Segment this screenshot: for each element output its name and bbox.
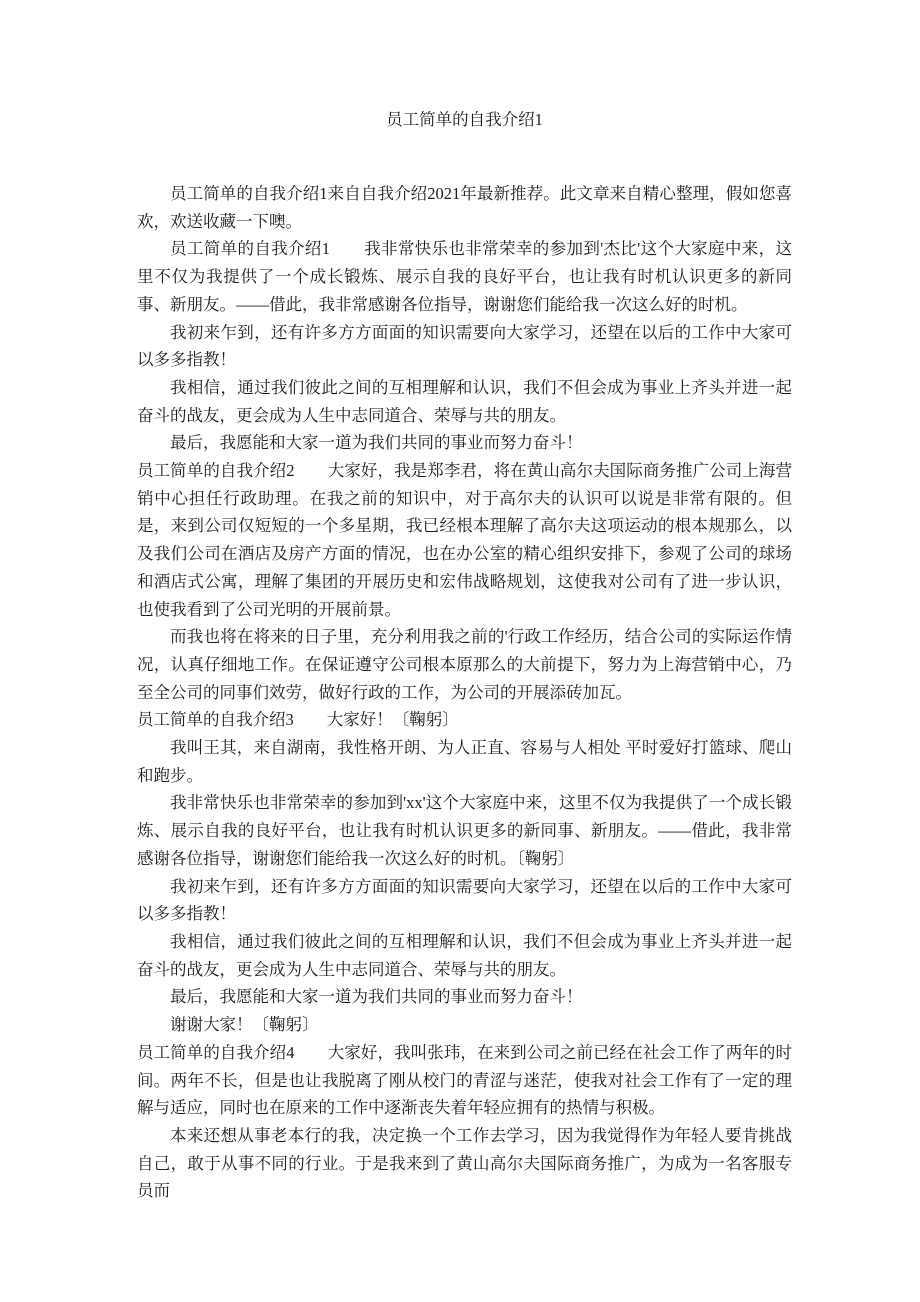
paragraph: 我初来乍到，还有许多方方面面的知识需要向大家学习，还望在以后的工作中大家可以多多… bbox=[137, 319, 792, 374]
paragraph-section2: 员工简单的自我介绍2 大家好，我是郑李君，将在黄山高尔夫国际商务推广公司上海营销… bbox=[137, 457, 792, 623]
paragraph: 我相信，通过我们彼此之间的互相理解和认识，我们不但会成为事业上齐头并进一起奋斗的… bbox=[137, 928, 792, 983]
paragraph-section4: 员工简单的自我介绍4 大家好，我叫张玮，在来到公司之前已经在社会工作了两年的时间… bbox=[137, 1039, 792, 1122]
paragraph: 最后，我愿能和大家一道为我们共同的事业而努力奋斗！ bbox=[137, 983, 792, 1011]
paragraph: 谢谢大家！〔鞠躬〕 bbox=[137, 1011, 792, 1039]
page-title: 员工简单的自我介绍1 bbox=[137, 106, 792, 134]
paragraph-intro: 员工简单的自我介绍1来自自我介绍2021年最新推荐。此文章来自精心整理，假如您喜… bbox=[137, 180, 792, 235]
paragraph-section1: 员工简单的自我介绍1 我非常快乐也非常荣幸的参加到'杰比'这个大家庭中来，这里不… bbox=[137, 235, 792, 318]
paragraph: 我非常快乐也非常荣幸的参加到'xx'这个大家庭中来，这里不仅为我提供了一个成长锻… bbox=[137, 789, 792, 872]
paragraph: 我叫王其，来自湖南，我性格开朗、为人正直、容易与人相处 平时爱好打篮球、爬山和跑… bbox=[137, 734, 792, 789]
paragraph: 而我也将在将来的日子里，充分利用我之前的'行政工作经历，结合公司的实际运作情况，… bbox=[137, 623, 792, 706]
paragraph: 我相信，通过我们彼此之间的互相理解和认识，我们不但会成为事业上齐头并进一起奋斗的… bbox=[137, 374, 792, 429]
document-content: 员工简单的自我介绍1 员工简单的自我介绍1来自自我介绍2021年最新推荐。此文章… bbox=[137, 0, 792, 1205]
paragraph-section3: 员工简单的自我介绍3 大家好！〔鞠躬〕 bbox=[137, 706, 792, 734]
paragraph: 最后，我愿能和大家一道为我们共同的事业而努力奋斗！ bbox=[137, 429, 792, 457]
paragraph-truncated: 本来还想从事老本行的我，决定换一个工作去学习，因为我觉得作为年轻人要肯挑战自己，… bbox=[137, 1122, 792, 1205]
paragraph: 我初来乍到，还有许多方方面面的知识需要向大家学习，还望在以后的工作中大家可以多多… bbox=[137, 873, 792, 928]
document-page: 员工简单的自我介绍1 员工简单的自我介绍1来自自我介绍2021年最新推荐。此文章… bbox=[0, 0, 920, 1302]
